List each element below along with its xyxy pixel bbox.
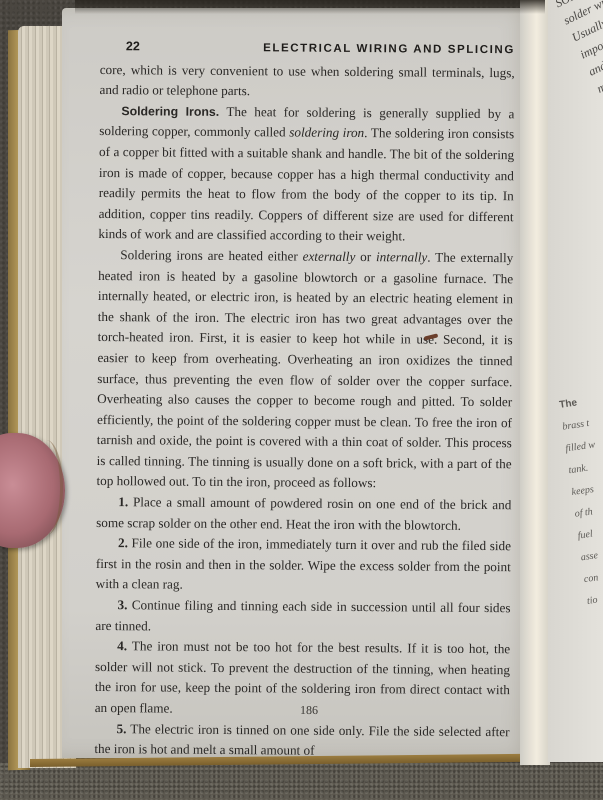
background-surface — [0, 763, 603, 800]
running-head: 22 ELECTRICAL WIRING AND SPLICING — [100, 36, 515, 61]
page-body: 22 ELECTRICAL WIRING AND SPLICING core, … — [94, 36, 515, 763]
paragraph-soldering-irons: Soldering Irons. The heat for soldering … — [98, 101, 514, 248]
facing-page-lower-text: The brass t filled w tank. keeps of th f… — [558, 387, 603, 613]
paragraph-text: or — [355, 249, 376, 264]
facing-page: SOLDERIN solder wire with Usually the im… — [548, 0, 603, 762]
step-number: 3. — [117, 597, 127, 612]
paragraph-text: Soldering irons are heated either — [120, 247, 302, 263]
step-number: 5. — [117, 721, 127, 736]
step-text: Place a small amount of powdered rosin o… — [96, 494, 511, 532]
step-number: 4. — [117, 638, 127, 653]
paragraph-text: . The externally heated iron is heated b… — [96, 250, 513, 491]
emphasized-term: soldering iron — [289, 125, 364, 141]
step-text: Continue filing and tinning each side in… — [95, 597, 510, 633]
top-shadow — [75, 0, 545, 14]
list-item-step-1: 1. Place a small amount of powdered rosi… — [96, 492, 511, 536]
facing-page-upper-text: SOLDERIN solder wire with Usually the im… — [552, 0, 603, 355]
emphasized-term: externally — [303, 249, 356, 264]
list-item-step-2: 2. File one side of the iron, immediatel… — [96, 533, 511, 598]
step-number: 2. — [118, 535, 128, 550]
paragraph-text: . The soldering iron consists of a coppe… — [98, 125, 514, 243]
list-item-step-3: 3. Continue filing and tinning each side… — [95, 595, 510, 639]
section-lead-heading: Soldering Irons. — [121, 104, 219, 119]
thumbnail — [30, 440, 63, 535]
paragraph-heating: Soldering irons are heated either extern… — [96, 245, 513, 495]
running-head-title: ELECTRICAL WIRING AND SPLICING — [263, 38, 515, 61]
running-head-page-label: 22 — [126, 36, 140, 57]
step-text: The electric iron is tinned on one side … — [94, 721, 509, 758]
paragraph-text: core, which is very convenient to use wh… — [100, 62, 515, 99]
emphasized-term: internally — [376, 249, 427, 264]
paragraph-continuation: core, which is very convenient to use wh… — [99, 60, 514, 104]
list-item-step-5: 5. The electric iron is tinned on one si… — [94, 719, 509, 763]
step-number: 1. — [118, 494, 128, 509]
step-text: File one side of the iron, immediately t… — [96, 536, 511, 593]
footer-page-number: 186 — [300, 703, 318, 718]
book-gutter — [520, 0, 550, 765]
